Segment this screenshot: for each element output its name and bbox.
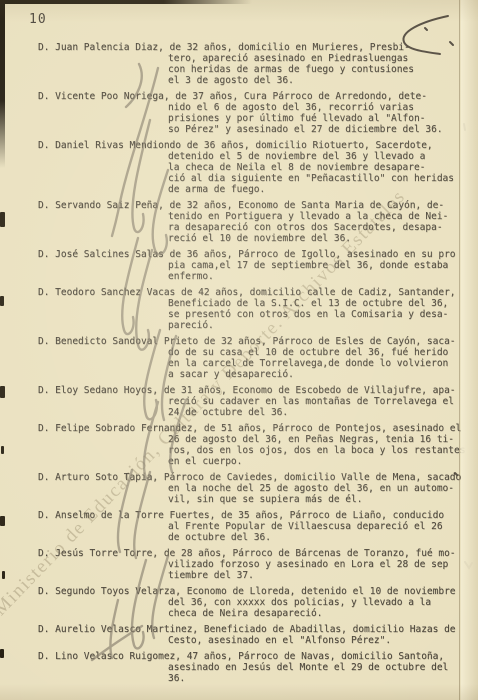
entry-line: vilizado forzoso y asesinado en Lora el …	[168, 559, 466, 570]
entry-line: a sacar y desapareció.	[168, 369, 466, 380]
scan-artifact	[0, 386, 5, 398]
entry-line: enfermo.	[168, 271, 466, 282]
entry-line: D. Vicente Poo Noriega, de 37 años, Cura…	[38, 91, 466, 102]
document-page: © Ministerio de Educación, Cultura y Dep…	[0, 0, 478, 700]
entry-line: D. Servando Saiz Peña, de 32 años, Econo…	[38, 200, 466, 211]
scan-artifact	[1, 446, 4, 454]
entry-line: reció el 10 de noviembre del 36.	[168, 233, 466, 244]
entry-line: 24 de octubre del 36.	[168, 407, 466, 418]
entry-line: do de su casa el 10 de octubre del 36, f…	[168, 347, 466, 358]
entry-line: so Pérez" y asesinado el 27 de diciembre…	[168, 124, 466, 135]
document-entry: D. Juan Palencia Diaz, de 32 años, domic…	[38, 42, 466, 86]
scan-artifact	[0, 649, 4, 658]
entry-line: D. Benedicto Sandoval Prieto de 32 años,…	[38, 336, 466, 347]
entry-line: D. Arturo Soto Tapia, Párroco de Caviede…	[38, 472, 466, 483]
entry-line: prisiones y por último fué llevado al "A…	[168, 113, 466, 124]
document-entry: D. Teodoro Sanchez Vacas de 42 años, dom…	[38, 287, 466, 331]
entry-line: D. Jesús Torre Torre, de 28 años, Párroc…	[38, 548, 466, 559]
entry-line: D. Juan Palencia Diaz, de 32 años, domic…	[38, 42, 466, 53]
document-entry: D. Eloy Sedano Hoyos, de 31 años, Econom…	[38, 385, 466, 418]
scan-artifact	[0, 212, 5, 227]
entry-line: D. Daniel Rivas Mendiondo de 36 años, do…	[38, 140, 466, 151]
scan-border-left	[0, 0, 5, 168]
entry-line: ció al dia siguiente en "Peñacastillo" c…	[168, 173, 466, 184]
document-entry: D. Anselmo de la Torre Fuertes, de 35 añ…	[38, 510, 466, 543]
entry-line: D. Eloy Sedano Hoyos, de 31 años, Econom…	[38, 385, 466, 396]
entry-line: D. Felipe Sobrado Fernandez, de 51 años,…	[38, 423, 466, 434]
document-entry: D. Segundo Toyos Velarza, Economo de Llo…	[38, 586, 466, 619]
entry-line: de arma de fuego.	[168, 184, 466, 195]
entry-line: de octubre del 36.	[168, 532, 466, 543]
document-entry: D. Servando Saiz Peña, de 32 años, Econo…	[38, 200, 466, 244]
page-crease-line	[459, 0, 460, 700]
entry-line: checa de Neira desapareció.	[168, 608, 466, 619]
entry-line: la checa de Neila el 8 de noviembre desa…	[168, 162, 466, 173]
page-edge-right	[461, 0, 478, 700]
entry-line: con heridas de armas de fuego y contusio…	[168, 64, 466, 75]
entry-line: D. José Salcines Salas de 36 años, Párro…	[38, 249, 466, 260]
document-entry: D. Vicente Poo Noriega, de 37 años, Cura…	[38, 91, 466, 135]
entry-line: D. Segundo Toyos Velarza, Economo de Llo…	[38, 586, 466, 597]
document-entry: D. Daniel Rivas Mendiondo de 36 años, do…	[38, 140, 466, 195]
entry-line: D. Teodoro Sanchez Vacas de 42 años, dom…	[38, 287, 466, 298]
document-entry: D. Arturo Soto Tapia, Párroco de Caviede…	[38, 472, 466, 505]
entry-line: D. Anselmo de la Torre Fuertes, de 35 añ…	[38, 510, 466, 521]
document-entry: D. Jesús Torre Torre, de 28 años, Párroc…	[38, 548, 466, 581]
document-entry: D. Lino Velasco Ruigomez, 47 años, Párro…	[38, 651, 466, 684]
entry-line: en la noche del 25 de agosto del 36, en …	[168, 483, 466, 494]
document-entry: D. José Salcines Salas de 36 años, Párro…	[38, 249, 466, 282]
entry-line: pareció.	[168, 320, 466, 331]
entry-line: en el cuerpo.	[168, 456, 466, 467]
entry-line: tero, apareció asesinado en Piedraslueng…	[168, 53, 466, 64]
entry-line: D. Lino Velasco Ruigomez, 47 años, Párro…	[38, 651, 466, 662]
entry-line: 36.	[168, 673, 466, 684]
entry-line: pia cama,el 17 de septiembre del 36, don…	[168, 260, 466, 271]
entry-line: Beneficiado de la S.I.C. el 13 de octubr…	[168, 298, 466, 309]
entry-line: el 3 de agosto del 36.	[168, 75, 466, 86]
entry-line: se presentó con otros dos en la Comisari…	[168, 309, 466, 320]
entry-line: 26 de agosto del 36, en Peñas Negras, te…	[168, 434, 466, 445]
entry-line: ra desapareció con otros dos Sacerdotes,…	[168, 222, 466, 233]
entry-line: en la carcel de Torrelavega,de donde lo …	[168, 358, 466, 369]
entry-line: asesinado en Jesús del Monte el 29 de oc…	[168, 662, 466, 673]
document-entry: D. Felipe Sobrado Fernandez, de 51 años,…	[38, 423, 466, 467]
entry-line: vil, sin que se supiera más de él.	[168, 494, 466, 505]
scan-artifact	[0, 516, 5, 526]
entry-line: tenido en Portiguera y llevado a la chec…	[168, 211, 466, 222]
entry-line: tiembre del 37.	[168, 570, 466, 581]
entry-list: D. Juan Palencia Diaz, de 32 años, domic…	[38, 42, 466, 689]
entry-line: detenido el 5 de noviembre del 36 y llev…	[168, 151, 466, 162]
scan-artifact	[0, 296, 4, 306]
entry-line: ros, dos en los ojos, dos en la boca y l…	[168, 445, 466, 456]
document-entry: D. Aurelio Velasco Martinez, Beneficiado…	[38, 624, 466, 646]
entry-line: D. Aurelio Velasco Martinez, Beneficiado…	[38, 624, 466, 635]
entry-line: Cesto, asesinado en el "Alfonso Pérez".	[168, 635, 466, 646]
entry-line: del 36, con xxxxx dos policias, y llevad…	[168, 597, 466, 608]
document-entry: D. Benedicto Sandoval Prieto de 32 años,…	[38, 336, 466, 380]
scan-border-top	[0, 0, 252, 4]
entry-line: reció su cadaver en las montañas de Torr…	[168, 396, 466, 407]
page-number: 10	[29, 12, 47, 27]
entry-line: nido el 6 de agosto del 36, recorrió var…	[168, 102, 466, 113]
entry-line: al Frente Popular de Villaescusa deparec…	[168, 521, 466, 532]
scan-artifact	[2, 571, 5, 579]
